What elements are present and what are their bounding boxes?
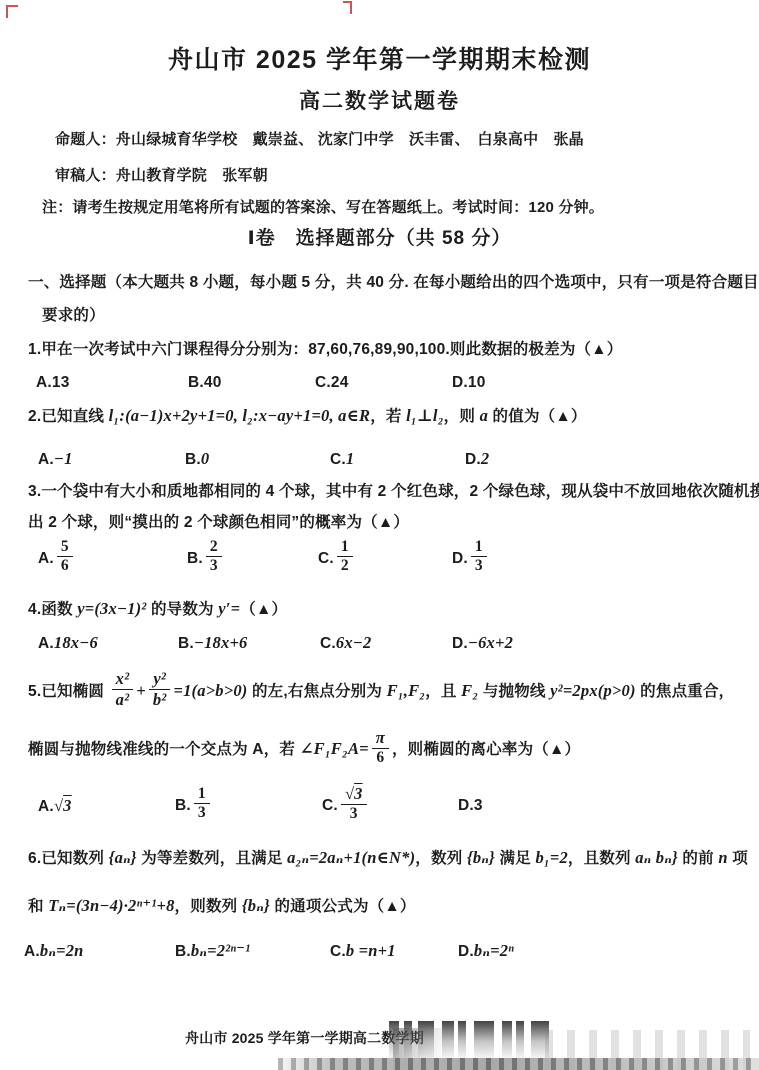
q2-option-b: B.0 xyxy=(185,447,209,472)
question-4-text: 4.函数 y=(3x−1)² 的导数为 y′=（▲） xyxy=(28,597,287,622)
bottom-scan-bar xyxy=(278,1058,759,1070)
q1-option-c: C.24 xyxy=(315,371,349,395)
q4-option-d: D.−6x+2 xyxy=(452,631,513,656)
question-1-text: 1.甲在一次考试中六门课程得分分别为：87,60,76,89,90,100.则此… xyxy=(28,338,622,362)
q6-option-b: B.bₙ=2²ⁿ⁻¹ xyxy=(175,939,250,964)
exam-note: 注：请考生按规定用笔将所有试题的答案涂、写在答题纸上。考试时间：120 分钟。 xyxy=(42,196,604,220)
red-scan-mark-top-center xyxy=(343,1,352,14)
q6-option-a: A.bₙ=2n xyxy=(24,939,84,964)
section-1-title: Ⅰ卷 选择题部分（共 58 分） xyxy=(0,227,759,251)
q3-option-a: A.56 xyxy=(38,537,76,581)
question-6-text-line-1: 6.已知数列 {aₙ} 为等差数列，且满足 a₂ₙ=2aₙ+1(n∈N*)，数列… xyxy=(28,846,748,871)
q3-option-d: D.13 xyxy=(452,537,490,581)
q6-option-d: D.bₙ=2ⁿ xyxy=(458,939,514,964)
choice-instructions-line-2: 要求的） xyxy=(42,304,105,328)
red-scan-mark-top-left xyxy=(6,5,18,18)
question-5-text-line-2: 椭圆与抛物线准线的一个交点为 A，若 ∠F₁F₂A=π6，则椭圆的离心率为（▲） xyxy=(28,727,580,772)
q6-option-c: C.b =n+1 xyxy=(330,939,396,964)
q1-option-b: B.40 xyxy=(188,371,222,395)
q5-option-c: C.√33 xyxy=(322,783,370,829)
q5-option-a: A.√3 xyxy=(38,783,72,830)
question-3-text-line-1: 3.一个袋中有大小和质地都相同的 4 个球，其中有 2 个红色球，2 个绿色球，… xyxy=(28,480,759,504)
q2-option-d: D.2 xyxy=(465,447,489,472)
q4-option-c: C.6x−2 xyxy=(320,631,371,656)
q1-option-a: A.13 xyxy=(36,371,70,395)
q2-option-c: C.1 xyxy=(330,447,354,472)
setters-line: 命题人：舟山绿城育华学校 戴崇益、 沈家门中学 沃丰雷、 白泉高中 张晶 xyxy=(55,128,584,152)
exam-paper-page: 舟山市 2025 学年第一学期期末检测 高二数学试题卷 命题人：舟山绿城育华学校… xyxy=(0,0,759,1070)
q3-option-b: B.23 xyxy=(187,537,225,581)
q3-option-c: C.12 xyxy=(318,537,356,581)
q2-option-a: A.−1 xyxy=(38,447,73,472)
q4-option-a: A.18x−6 xyxy=(38,631,98,656)
q1-option-d: D.10 xyxy=(452,371,486,395)
q5-option-d: D.3 xyxy=(458,783,483,829)
reviewers-line: 审稿人：舟山教育学院 张军朝 xyxy=(55,164,268,188)
q5-option-b: B.13 xyxy=(175,783,213,829)
question-2-text: 2.已知直线 l₁:(a−1)x+2y+1=0, l₂:x−ay+1=0, a∈… xyxy=(28,404,587,429)
question-6-text-line-2: 和 Tₙ=(3n−4)·2ⁿ⁺¹+8，则数列 {bₙ} 的通项公式为（▲） xyxy=(28,894,416,919)
q4-option-b: B.−18x+6 xyxy=(178,631,248,656)
exam-subtitle: 高二数学试题卷 xyxy=(0,88,759,116)
choice-instructions-line-1: 一、选择题（本大题共 8 小题，每小题 5 分，共 40 分. 在每小题给出的四… xyxy=(28,271,759,295)
exam-title: 舟山市 2025 学年第一学期期末检测 xyxy=(0,44,759,76)
question-5-text-line-1: 5.已知椭圆 x²a²+y²b²=1(a>b>0) 的左,右焦点分别为 F₁,F… xyxy=(28,664,734,719)
question-3-text-line-2: 出 2 个球，则“摸出的 2 个球颜色相同”的概率为（▲） xyxy=(28,511,409,535)
